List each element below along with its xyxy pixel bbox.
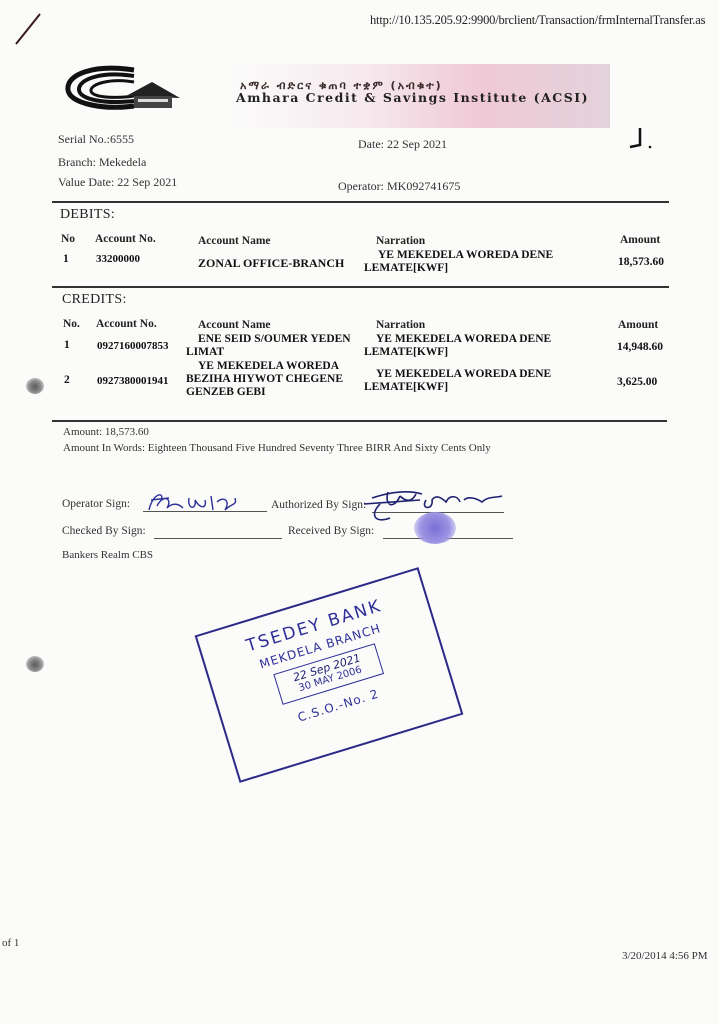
credit-account-name: YE MEKEDELA WOREDA BEZIHA HIYWOT CHEGENE… (186, 360, 343, 399)
debits-title: DEBITS: (60, 207, 115, 223)
credit-account-name: ENE SEID S/OUMER YEDEN LIMAT (186, 333, 351, 359)
debit-account-name: ZONAL OFFICE-BRANCH (198, 256, 344, 271)
credits-col-account-no: Account No. (96, 318, 157, 330)
punch-hole (26, 378, 44, 394)
operator-sign-label: Operator Sign: (62, 498, 130, 510)
operator-id: Operator: MK092741675 (338, 179, 460, 194)
page-indicator: of 1 (2, 937, 19, 949)
credit-narration: YE MEKEDELA WOREDA DENE LEMATE[KWF] (364, 333, 551, 359)
debits-col-account-no: Account No. (95, 233, 156, 245)
print-timestamp: 3/20/2014 4:56 PM (622, 950, 708, 962)
ink-stamp-mark (414, 512, 456, 544)
debits-col-no: No (61, 233, 75, 245)
credit-amount: 14,948.60 (617, 341, 663, 353)
total-amount: Amount: 18,573.60 (63, 426, 149, 438)
authorized-sign-label: Authorized By Sign: (271, 499, 366, 511)
pen-stroke-mark (12, 10, 44, 48)
credit-amount: 3,625.00 (617, 376, 657, 388)
amount-in-words: Amount In Words: Eighteen Thousand Five … (63, 442, 491, 454)
received-sign-label: Received By Sign: (288, 525, 374, 537)
divider (52, 201, 669, 203)
credits-col-amount: Amount (618, 319, 658, 331)
institute-name-english: Amhara Credit & Savings Institute (ACSI) (236, 90, 589, 105)
debits-col-amount: Amount (620, 234, 660, 246)
branch: Branch: Mekedela (58, 155, 146, 170)
acsi-logo-icon (64, 62, 184, 114)
checked-sign-label: Checked By Sign: (62, 525, 146, 537)
debit-narration: YE MEKEDELA WOREDA DENE LEMATE[KWF] (364, 249, 553, 275)
divider (52, 286, 669, 288)
credits-title: CREDITS: (62, 292, 127, 308)
credit-account-no: 0927160007853 (97, 340, 169, 352)
credits-col-narration: Narration (376, 319, 425, 331)
debit-amount: 18,573.60 (618, 256, 664, 268)
value-date: Value Date: 22 Sep 2021 (58, 175, 177, 190)
credit-narration: YE MEKEDELA WOREDA DENE LEMATE[KWF] (364, 368, 551, 394)
credits-col-account-name: Account Name (198, 319, 271, 331)
handwritten-number-mark (626, 125, 656, 153)
print-url: http://10.135.205.92:9900/brclient/Trans… (370, 13, 705, 28)
credits-col-no: No. (63, 318, 80, 330)
credit-no: 2 (64, 374, 70, 386)
operator-signature (143, 488, 253, 516)
debit-no: 1 (63, 253, 69, 265)
credit-account-no: 0927380001941 (97, 375, 169, 387)
transaction-date: Date: 22 Sep 2021 (358, 137, 447, 152)
credit-no: 1 (64, 339, 70, 351)
checked-sign-line[interactable] (154, 538, 282, 539)
divider (52, 420, 667, 422)
serial-number: Serial No.:6555 (58, 132, 134, 147)
system-name: Bankers Realm CBS (62, 549, 153, 561)
debits-col-account-name: Account Name (198, 235, 271, 247)
punch-hole (26, 656, 44, 672)
debit-account-no: 33200000 (96, 253, 140, 265)
bank-stamp: TSEDEY BANK MEKDELA BRANCH 22 Sep 2021 3… (195, 567, 464, 783)
debits-col-narration: Narration (376, 235, 425, 247)
